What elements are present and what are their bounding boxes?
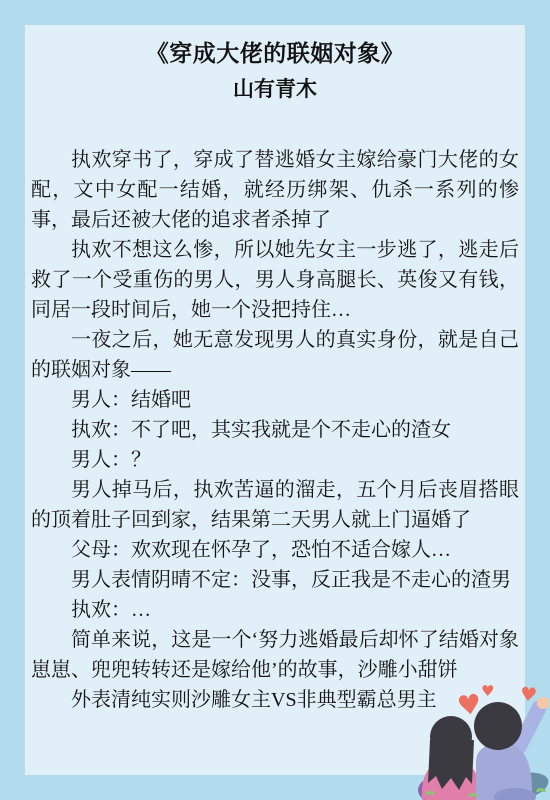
couple-illustration: ♥ ♥ ♥ bbox=[415, 650, 550, 800]
synopsis-paragraph: 执欢穿书了，穿成了替逃婚女主嫁给豪门大佬的女配，文中女配一结婚，就经历绑架、仇杀… bbox=[31, 145, 519, 235]
heart-icon: ♥ bbox=[481, 682, 494, 700]
author-name: 山有青木 bbox=[25, 75, 525, 105]
dialogue-line: 男人：？ bbox=[31, 445, 519, 475]
dialogue-line: 男人：结婚吧 bbox=[31, 385, 519, 415]
synopsis-paragraph: 男人掉马后，执欢苦逼的溜走，五个月后丧眉搭眼的顶着肚子回到家，结果第二天男人就上… bbox=[31, 475, 519, 535]
dialogue-line: 父母：欢欢现在怀孕了，恐怕不适合嫁人… bbox=[31, 535, 519, 565]
heart-icon: ♥ bbox=[455, 689, 483, 723]
synopsis-paragraph: 执欢不想这么惨，所以她先女主一步逃了，逃走后救了一个受重伤的男人，男人身高腿长、… bbox=[31, 235, 519, 325]
girl-head bbox=[430, 716, 472, 758]
heart-icon: ♥ bbox=[519, 683, 538, 707]
dialogue-line: 男人表情阴晴不定：没事，反正我是不走心的渣男 bbox=[31, 565, 519, 595]
girl-figure bbox=[418, 716, 484, 800]
synopsis-paragraph: 一夜之后，她无意发现男人的真实身份，就是自己的联姻对象—— bbox=[31, 325, 519, 385]
novel-intro-poster: 《穿成大佬的联姻对象》 山有青木 执欢穿书了，穿成了替逃婚女主嫁给豪门大佬的女配… bbox=[0, 0, 550, 800]
boy-hand bbox=[537, 697, 549, 709]
dialogue-line: 执欢：不了吧，其实我就是个不走心的渣女 bbox=[31, 415, 519, 445]
dialogue-line: 执欢：… bbox=[31, 595, 519, 625]
boy-figure bbox=[474, 697, 550, 800]
book-title: 《穿成大佬的联姻对象》 bbox=[25, 38, 525, 68]
synopsis-text: 执欢穿书了，穿成了替逃婚女主嫁给豪门大佬的女配，文中女配一结婚，就经历绑架、仇杀… bbox=[25, 145, 525, 715]
